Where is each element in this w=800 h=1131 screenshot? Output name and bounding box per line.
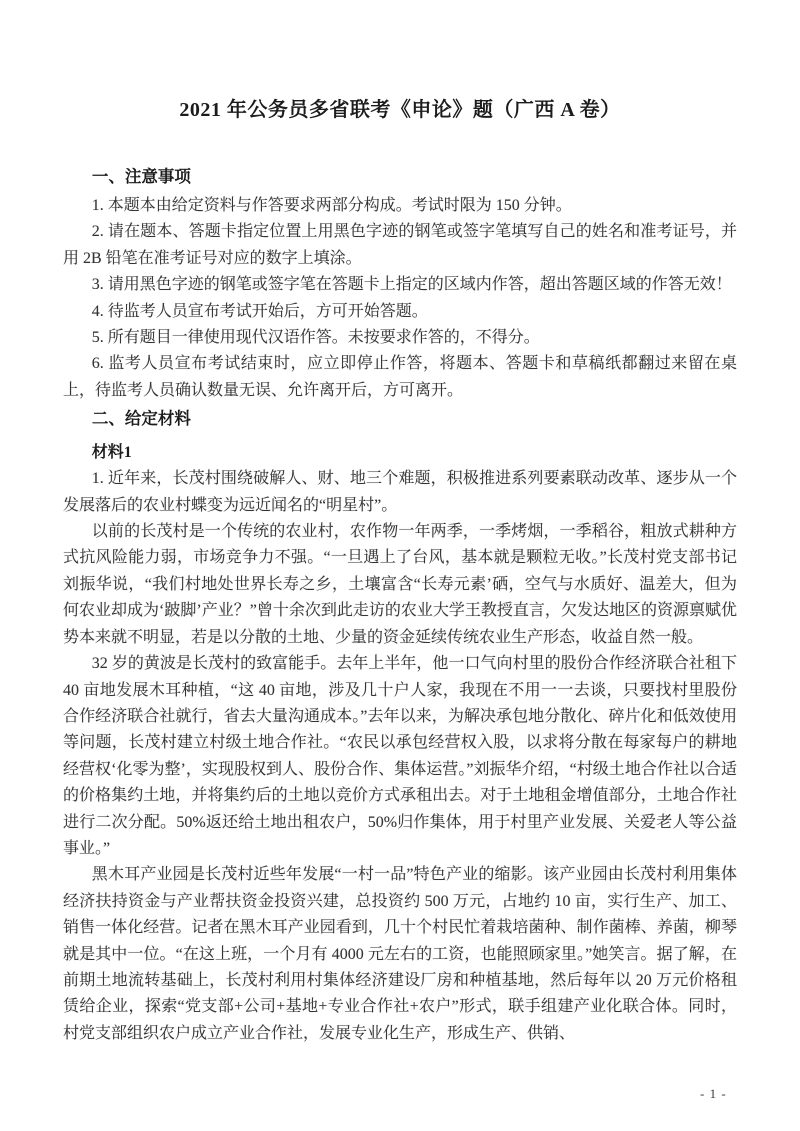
notice-item-5: 5. 所有题目一律使用现代汉语作答。未按要求作答的，不得分。: [63, 325, 737, 351]
materials-heading: 二、给定材料: [63, 405, 737, 432]
notice-item-2: 2. 请在题本、答题卡指定位置上用黑色字迹的钢笔或签字笔填写自己的姓名和准考证号…: [63, 219, 737, 272]
document-content: 2021 年公务员多省联考《申论》题（广西 A 卷） 一、注意事项 1. 本题本…: [63, 0, 737, 1047]
document-title: 2021 年公务员多省联考《申论》题（广西 A 卷）: [63, 97, 737, 123]
notice-heading: 一、注意事项: [63, 163, 737, 190]
notice-section: 一、注意事项 1. 本题本由给定资料与作答要求两部分构成。考试时限为 150 分…: [63, 163, 737, 404]
notice-item-1: 1. 本题本由给定资料与作答要求两部分构成。考试时限为 150 分钟。: [63, 193, 737, 219]
notice-item-3: 3. 请用黑色字迹的钢笔或签字笔在答题卡上指定的区域内作答，超出答题区域的作答无…: [63, 272, 737, 298]
document-page: 2021 年公务员多省联考《申论》题（广西 A 卷） 一、注意事项 1. 本题本…: [0, 0, 800, 1131]
material1-paragraph-3: 32 岁的黄波是长茂村的致富能手。去年上半年，他一口气向村里的股份合作经济联合社…: [63, 651, 737, 862]
material1-paragraph-4: 黑木耳产业园是长茂村近些年发展“一村一品”特色产业的缩影。该产业园由长茂村利用集…: [63, 862, 737, 1047]
materials-section: 二、给定材料 材料1 1. 近年来，长茂村围绕破解人、财、地三个难题，积极推进系…: [63, 405, 737, 1047]
notice-item-4: 4. 待监考人员宣布考试开始后，方可开始答题。: [63, 299, 737, 325]
notice-item-6: 6. 监考人员宣布考试结束时，应立即停止作答，将题本、答题卡和草稿纸都翻过来留在…: [63, 351, 737, 404]
page-number: - 1 -: [700, 1086, 727, 1102]
material1-paragraph-2: 以前的长茂村是一个传统的农业村，农作物一年两季，一季烤烟，一季稻谷，粗放式耕种方…: [63, 519, 737, 651]
material1-heading: 材料1: [63, 440, 737, 466]
material1-paragraph-1: 1. 近年来，长茂村围绕破解人、财、地三个难题，积极推进系列要素联动改革、逐步从…: [63, 466, 737, 519]
